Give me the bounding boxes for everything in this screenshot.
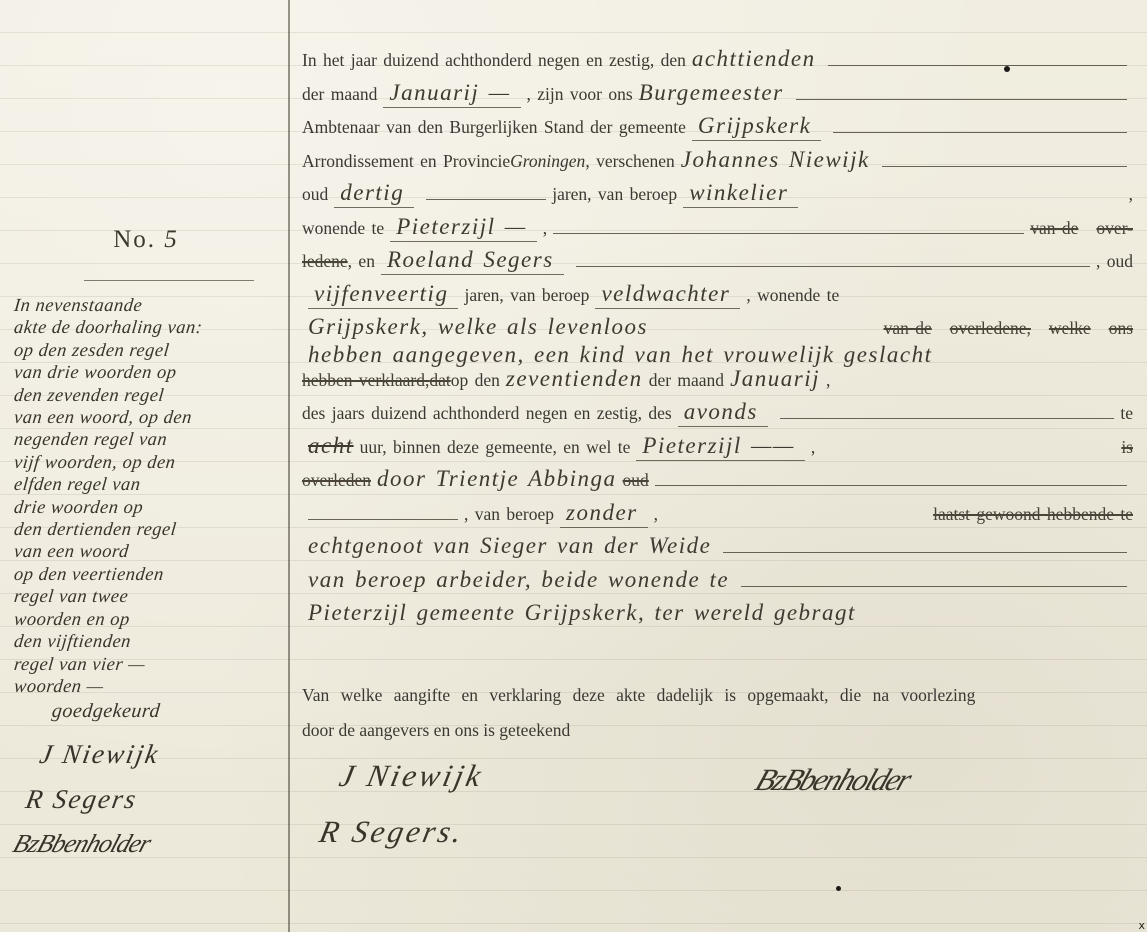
act-line: overledendoor Trientje Abbingaoud: [302, 466, 1133, 500]
act-number-underline: [84, 280, 254, 281]
handwritten-entry-on-line: Grijpskerk: [692, 113, 821, 141]
printed-text: der maand: [649, 370, 724, 391]
blank-fill-line: [882, 148, 1127, 167]
margin-note-line: woorden —: [13, 676, 279, 698]
act-line: van beroep arbeider, beide wonende te: [302, 567, 1133, 601]
handwritten-entry-on-line: Pieterzijl —: [390, 214, 537, 242]
blank-fill-line: [828, 48, 1127, 67]
signature-declarant2: R Segers.: [316, 814, 468, 850]
handwritten-entry-on-line: zonder: [560, 500, 648, 528]
printed-text: ,: [811, 437, 815, 458]
struck-printed-text: overledene,: [950, 318, 1031, 339]
blank-fill-line: [308, 501, 458, 520]
printed-text: jaren, van beroep: [552, 184, 677, 205]
signature-block: J Niewijk R Segers. BzBbenholder: [302, 756, 1133, 932]
printed-text: ,: [1129, 184, 1133, 205]
document-scan: No. 5 In nevenstaandeakte de doorhaling …: [0, 0, 1147, 932]
printed-text: , en: [348, 251, 375, 272]
margin-note-line: den dertienden regel: [13, 519, 279, 541]
act-line: des jaars duizend achthonderd negen en z…: [302, 399, 1133, 433]
handwritten-entry-on-line: dertig: [334, 180, 414, 208]
struck-printed-text: oud: [623, 470, 649, 491]
act-line: Ambtenaar van den Burgerlijken Stand der…: [302, 113, 1133, 147]
margin-note-line: den vijftienden: [13, 631, 279, 653]
handwritten-entry: van beroep arbeider, beide wonende te: [308, 567, 729, 593]
act-line: Arrondissement en ProvincieGroningen, ve…: [302, 147, 1133, 181]
act-number-label: No.: [113, 226, 156, 253]
printed-text: ,: [826, 370, 830, 391]
margin-note-line: woorden en op: [13, 609, 279, 631]
margin-note-line: akte de doorhaling van:: [13, 317, 279, 339]
struck-printed-text: is: [1121, 437, 1133, 458]
handwritten-entry: Johannes Niewijk: [681, 147, 870, 173]
act-number-value: 5: [164, 226, 179, 253]
closing-line: Van welke aangifte en verklaring deze ak…: [302, 678, 1133, 713]
handwritten-entry-on-line: Januarij —: [383, 80, 520, 108]
blank-fill-line: [553, 215, 1024, 234]
margin-note-line: regel van vier —: [13, 654, 279, 676]
act-line: vijfenveertigjaren, van beroepveldwachte…: [302, 281, 1133, 315]
struck-printed-text: dat: [429, 370, 450, 391]
handwritten-entry-on-line: veldwachter: [595, 281, 740, 309]
act-line: ledene, enRoeland Segers, oud: [302, 247, 1133, 281]
margin-column: No. 5 In nevenstaandeakte de doorhaling …: [0, 0, 288, 932]
act-line: der maandJanuarij —, zijn voor onsBurgem…: [302, 80, 1133, 114]
printed-text: , van beroep: [464, 504, 554, 525]
handwritten-entry: Burgemeester: [639, 80, 784, 106]
handwritten-entry-on-line: Pieterzijl ——: [636, 433, 804, 461]
margin-signature-declarant1: J Niewijk: [37, 739, 280, 770]
handwritten-entry-on-line: winkelier: [683, 180, 798, 208]
closing-line: door de aangevers en ons is geteekend: [302, 713, 1133, 748]
margin-signature-declarant2: R Segers: [23, 784, 280, 815]
margin-note-line: van een woord: [13, 541, 279, 563]
printed-text: te: [1120, 403, 1133, 424]
handwritten-entry: Pieterzijl gemeente Grijpskerk, ter were…: [308, 600, 856, 626]
printed-text: , oud: [1096, 251, 1133, 272]
act-line: wonende tePieterzijl —,van deover-: [302, 214, 1133, 248]
act-line: Pieterzijl gemeente Grijpskerk, ter were…: [302, 600, 1133, 634]
margin-note-line: drie woorden op: [13, 497, 279, 519]
struck-printed-text: ledene: [302, 251, 348, 272]
act-line: hebben aangegeven, een kind van het vrou…: [302, 342, 1133, 368]
printed-text: jaren, van beroep: [464, 285, 589, 306]
act-line: ouddertigjaren, van beroepwinkelier,: [302, 180, 1133, 214]
handwritten-entry: zeventienden: [506, 366, 643, 392]
printed-text: uur, binnen deze gemeente, en wel te: [360, 437, 631, 458]
handwritten-entry: achttienden: [692, 46, 816, 72]
handwritten-entry-on-line: Roeland Segers: [381, 247, 564, 275]
act-line: achtuur, binnen deze gemeente, en wel te…: [302, 433, 1133, 467]
blank-fill-line: [741, 568, 1127, 587]
act-line: hebben verklaard,datop denzeventiendende…: [302, 366, 1133, 400]
margin-approval-text: goedgekeurd: [13, 700, 279, 722]
struck-printed-text: ons: [1109, 318, 1133, 339]
blank-fill-line: [780, 401, 1114, 420]
printed-text: ,: [543, 218, 547, 239]
margin-note-line: op den zesden regel: [13, 340, 279, 362]
blank-fill-line: [576, 249, 1090, 268]
handwritten-entry: door Trientje Abbinga: [377, 466, 617, 492]
printed-text: Arrondissement en Provincie: [302, 151, 510, 172]
printed-text: oud: [302, 184, 328, 205]
ink-speck: [836, 886, 841, 891]
struck-printed-text: welke: [1049, 318, 1091, 339]
handwritten-entry: echtgenoot van Sieger van der Weide: [308, 533, 711, 559]
printed-text: des jaars duizend achthonderd negen en z…: [302, 403, 672, 424]
act-line: In het jaar duizend achthonderd negen en…: [302, 46, 1133, 80]
margin-note-line: regel van twee: [13, 586, 279, 608]
struck-printed-text: laatst gewoond hebbende te: [933, 504, 1133, 525]
margin-note-line: vijf woorden, op den: [13, 452, 279, 474]
closing-paragraph: Van welke aangifte en verklaring deze ak…: [302, 678, 1133, 748]
act-body: In het jaar duizend achthonderd negen en…: [302, 46, 1133, 634]
margin-note-line: negenden regel van: [13, 429, 279, 451]
margin-note-line: van drie woorden op: [13, 362, 279, 384]
printed-text: , verschenen: [585, 151, 674, 172]
struck-printed-text: overleden: [302, 470, 371, 491]
ink-speck: [1004, 66, 1010, 72]
margin-note-line: op den veertienden: [13, 564, 279, 586]
printed-text: der maand: [302, 84, 377, 105]
printed-text: ,: [654, 504, 658, 525]
act-line: , van beroepzonder,laatst gewoond hebben…: [302, 500, 1133, 534]
blank-fill-line: [723, 535, 1127, 554]
struck-printed-text: over-: [1096, 218, 1133, 239]
handwritten-entry-on-line: vijfenveertig: [308, 281, 458, 309]
printed-text: In het jaar duizend achthonderd negen en…: [302, 50, 686, 71]
signature-official: BzBbenholder: [750, 762, 915, 798]
printed-italic-text: Groningen: [510, 151, 585, 172]
margin-note-line: elfden regel van: [13, 474, 279, 496]
blank-fill-line: [833, 115, 1127, 134]
act-number: No. 5: [14, 226, 278, 254]
printed-text: , wonende te: [746, 285, 839, 306]
blank-fill-line: [796, 81, 1127, 100]
printed-text: Ambtenaar van den Burgerlijken Stand der…: [302, 117, 686, 138]
handwritten-entry: hebben aangegeven, een kind van het vrou…: [308, 342, 932, 368]
blank-fill-line: [655, 468, 1127, 487]
margin-note-line: van een woord, op den: [13, 407, 279, 429]
handwritten-entry: Januarij: [730, 366, 820, 392]
act-line: echtgenoot van Sieger van der Weide: [302, 533, 1133, 567]
margin-annotation: In nevenstaandeakte de doorhaling van:op…: [14, 295, 278, 698]
struck-printed-text: van de: [884, 318, 932, 339]
corner-mark: x: [1138, 919, 1145, 932]
struck-printed-text: hebben verklaard,: [302, 370, 429, 391]
handwritten-entry-on-line: avonds: [678, 399, 768, 427]
margin-note-line: den zevenden regel: [13, 385, 279, 407]
act-column: In het jaar duizend achthonderd negen en…: [290, 0, 1147, 932]
handwritten-entry: Grijpskerk, welke als levenloos: [308, 314, 648, 340]
margin-signature-official: BzBbenholder: [9, 829, 283, 859]
printed-text: , zijn voor ons: [527, 84, 633, 105]
printed-text: wonende te: [302, 218, 384, 239]
printed-text: op den: [451, 370, 500, 391]
margin-note-line: In nevenstaande: [13, 295, 279, 317]
blank-fill-line: [426, 182, 546, 201]
struck-printed-text: van de: [1030, 218, 1078, 239]
signature-declarant1: J Niewijk: [336, 758, 487, 794]
struck-handwritten-entry: acht: [308, 433, 354, 459]
